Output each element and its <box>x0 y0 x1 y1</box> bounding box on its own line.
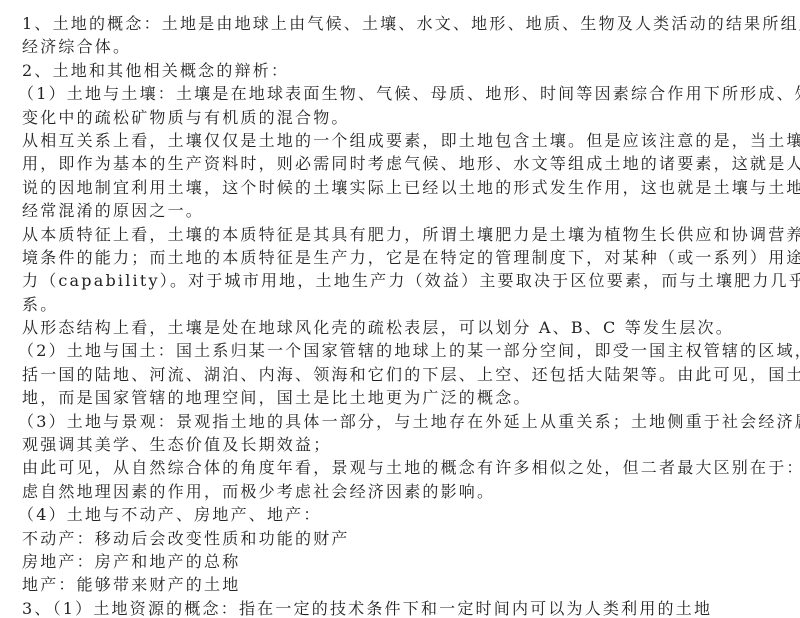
text-line: 从本质特征上看，土壤的本质特征是其具有肥力，所谓土壤肥力是土壤为植物生长供应和协… <box>22 223 762 246</box>
text-line: 观强调其美学、生态价值及长期效益； <box>22 433 762 456</box>
text-line: 说的因地制宜利用土壤，这个时候的土壤实际上已经以土地的形式发生作用，这也就是土壤… <box>22 176 762 199</box>
text-line: 力（capability）。对于城市用地，土地生产力（效益）主要取决于区位要素，… <box>22 269 762 292</box>
text-line: 经济综合体。 <box>22 35 762 58</box>
text-line: 系。 <box>22 293 762 316</box>
subsection-heading: （2）土地与国土：国土系归某一个国家管辖的地球上的某一部分空间，即受一国主权管辖… <box>18 339 762 362</box>
text-line: 括一国的陆地、河流、湖泊、内海、领海和它们的下层、上空、还包括大陆架等。由此可见… <box>22 363 762 386</box>
text-line: 境条件的能力；而土地的本质特征是生产力，它是在特定的管理制度下，对某种（或一系列… <box>22 246 762 269</box>
text-line: 从形态结构上看，土壤是处在地球风化壳的疏松表层，可以划分 A、B、C 等发生层次… <box>22 316 762 339</box>
document-body: 1、土地的概念：土地是由地球上由气候、土壤、水文、地形、地质、生物及人类活动的结… <box>22 12 762 618</box>
subsection-heading: （4）土地与不动产、房地产、地产： <box>18 503 762 526</box>
text-line: 虑自然地理因素的作用，而极少考虑社会经济因素的影响。 <box>22 480 762 503</box>
subsection-heading: （1）土地与土壤：土壤是在地球表面生物、气候、母质、地形、时间等因素综合作用下所… <box>18 82 762 105</box>
subsection-heading: （3）土地与景观：景观指土地的具体一部分，与土地存在外延上从重关系；土地侧重于社… <box>18 410 762 433</box>
section-heading: 3、（1）土地资源的概念：指在一定的技术条件下和一定时间内可以为人类利用的土地 <box>22 597 762 618</box>
definition-line: 地产：能够带来财产的土地 <box>22 573 762 596</box>
definition-line: 不动产：移动后会改变性质和功能的财产 <box>22 527 762 550</box>
text-line: 用，即作为基本的生产资料时，则必需同时考虑气候、地形、水文等组成土地的诸要素，这… <box>22 152 762 175</box>
text-line: 从相互关系上看，土壤仅仅是土地的一个组成要素，即土地包含土壤。但是应该注意的是，… <box>22 129 762 152</box>
definition-line: 房地产：房产和地产的总称 <box>22 550 762 573</box>
text-line: 由此可见，从自然综合体的角度年看，景观与土地的概念有许多相似之处，但二者最大区别… <box>22 456 762 479</box>
text-line: 1、土地的概念：土地是由地球上由气候、土壤、水文、地形、地质、生物及人类活动的结… <box>22 12 762 35</box>
section-heading: 2、土地和其他相关概念的辩析： <box>22 59 762 82</box>
text-line: 地，而是国家管辖的地理空间，国土是比土地更为广泛的概念。 <box>22 386 762 409</box>
text-line: 变化中的疏松矿物质与有机质的混合物。 <box>22 106 762 129</box>
text-line: 经常混淆的原因之一。 <box>22 199 762 222</box>
